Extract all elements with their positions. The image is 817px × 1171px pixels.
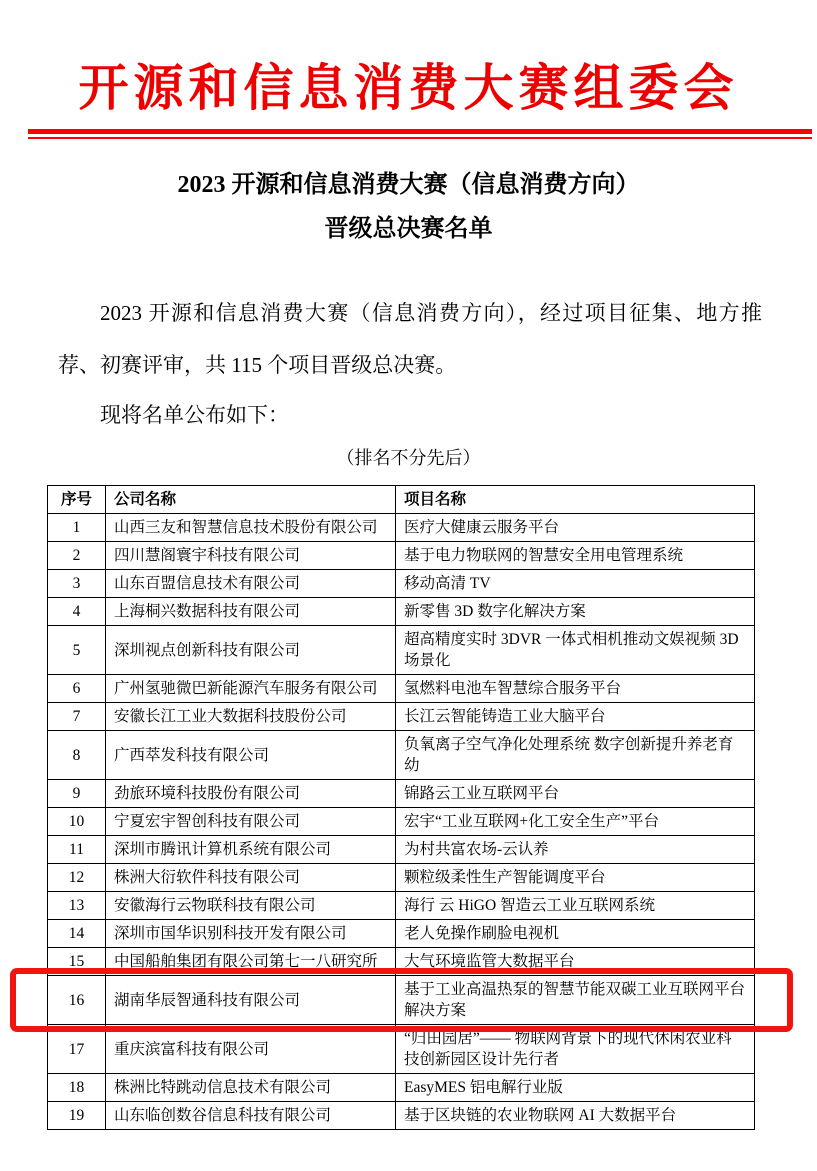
table-row: 16 湖南华辰智通科技有限公司 基于工业高温热泵的智慧节能双碳工业互联网平台解决… <box>48 976 755 1025</box>
row-company: 深圳视点创新科技有限公司 <box>106 626 396 675</box>
row-company: 四川慧阁寰宇科技有限公司 <box>106 542 396 570</box>
row-index: 10 <box>48 808 106 836</box>
table-row: 5 深圳视点创新科技有限公司 超高精度实时 3DVR 一体式相机推动文娱视频 3… <box>48 626 755 675</box>
row-project: 为村共富农场-云认养 <box>396 836 755 864</box>
row-project: 基于区块链的农业物联网 AI 大数据平台 <box>396 1102 755 1130</box>
row-index: 19 <box>48 1102 106 1130</box>
header-row: 序号 公司名称 项目名称 <box>48 486 755 514</box>
row-project: EasyMES 铝电解行业版 <box>396 1074 755 1102</box>
row-index: 8 <box>48 731 106 780</box>
table-row: 3 山东百盟信息技术有限公司 移动高清 TV <box>48 570 755 598</box>
row-index: 12 <box>48 864 106 892</box>
row-index: 4 <box>48 598 106 626</box>
row-index: 6 <box>48 675 106 703</box>
announce-line: 现将名单公布如下： <box>58 391 762 439</box>
ranking-note: （排名不分先后） <box>0 443 817 473</box>
row-project: “归田园居”—— 物联网背景下的现代休闲农业科技创新园区设计先行者 <box>396 1025 755 1074</box>
row-company: 劲旅环境科技股份有限公司 <box>106 780 396 808</box>
table-row: 8 广西萃发科技有限公司 负氧离子空气净化处理系统 数字创新提升养老育幼 <box>48 731 755 780</box>
letterhead-divider-thin-line <box>28 137 812 139</box>
row-company: 安徽海行云物联科技有限公司 <box>106 892 396 920</box>
table-row: 11 深圳市腾讯计算机系统有限公司 为村共富农场-云认养 <box>48 836 755 864</box>
row-project: 新零售 3D 数字化解决方案 <box>396 598 755 626</box>
row-company: 山西三友和智慧信息技术股份有限公司 <box>106 514 396 542</box>
row-project: 基于电力物联网的智慧安全用电管理系统 <box>396 542 755 570</box>
table-row: 12 株洲大衍软件科技有限公司 颗粒级柔性生产智能调度平台 <box>48 864 755 892</box>
row-company: 湖南华辰智通科技有限公司 <box>106 976 396 1025</box>
document-page: 开源和信息消费大赛组委会 2023 开源和信息消费大赛（信息消费方向） 晋级总决… <box>0 0 817 1171</box>
row-project: 锦路云工业互联网平台 <box>396 780 755 808</box>
header-project: 项目名称 <box>396 486 755 514</box>
table-row: 13 安徽海行云物联科技有限公司 海行 云 HiGO 智造云工业互联网系统 <box>48 892 755 920</box>
row-index: 15 <box>48 948 106 976</box>
results-table-body: 1 山西三友和智慧信息技术股份有限公司 医疗大健康云服务平台 2 四川慧阁寰宇科… <box>48 514 755 1130</box>
row-index: 1 <box>48 514 106 542</box>
row-project: 负氧离子空气净化处理系统 数字创新提升养老育幼 <box>396 731 755 780</box>
letterhead-divider <box>28 129 812 139</box>
row-company: 株洲大衍软件科技有限公司 <box>106 864 396 892</box>
table-row: 2 四川慧阁寰宇科技有限公司 基于电力物联网的智慧安全用电管理系统 <box>48 542 755 570</box>
row-project: 颗粒级柔性生产智能调度平台 <box>396 864 755 892</box>
table-row: 17 重庆滨富科技有限公司 “归田园居”—— 物联网背景下的现代休闲农业科技创新… <box>48 1025 755 1074</box>
row-index: 3 <box>48 570 106 598</box>
table-row: 10 宁夏宏宇智创科技有限公司 宏宇“工业互联网+化工安全生产”平台 <box>48 808 755 836</box>
row-company: 宁夏宏宇智创科技有限公司 <box>106 808 396 836</box>
row-company: 中国船舶集团有限公司第七一八研究所 <box>106 948 396 976</box>
table-row: 4 上海桐兴数据科技有限公司 新零售 3D 数字化解决方案 <box>48 598 755 626</box>
row-project: 大气环境监管大数据平台 <box>396 948 755 976</box>
row-index: 11 <box>48 836 106 864</box>
document-title-line1: 2023 开源和信息消费大赛（信息消费方向） <box>0 163 817 207</box>
table-row: 19 山东临创数谷信息科技有限公司 基于区块链的农业物联网 AI 大数据平台 <box>48 1102 755 1130</box>
table-row: 6 广州氢驰微巴新能源汽车服务有限公司 氢燃料电池车智慧综合服务平台 <box>48 675 755 703</box>
row-company: 深圳市国华识别科技开发有限公司 <box>106 920 396 948</box>
table-row: 7 安徽长江工业大数据科技股份公司 长江云智能铸造工业大脑平台 <box>48 703 755 731</box>
row-index: 7 <box>48 703 106 731</box>
row-index: 5 <box>48 626 106 675</box>
document-title: 2023 开源和信息消费大赛（信息消费方向） 晋级总决赛名单 <box>0 163 817 251</box>
row-index: 14 <box>48 920 106 948</box>
row-company: 广西萃发科技有限公司 <box>106 731 396 780</box>
row-project: 长江云智能铸造工业大脑平台 <box>396 703 755 731</box>
table-row: 18 株洲比特跳动信息技术有限公司 EasyMES 铝电解行业版 <box>48 1074 755 1102</box>
table-row: 1 山西三友和智慧信息技术股份有限公司 医疗大健康云服务平台 <box>48 514 755 542</box>
row-project: 超高精度实时 3DVR 一体式相机推动文娱视频 3D 场景化 <box>396 626 755 675</box>
row-company: 安徽长江工业大数据科技股份公司 <box>106 703 396 731</box>
table-row: 14 深圳市国华识别科技开发有限公司 老人免操作刷脸电视机 <box>48 920 755 948</box>
row-company: 广州氢驰微巴新能源汽车服务有限公司 <box>106 675 396 703</box>
intro-paragraph: 2023 开源和信息消费大赛（信息消费方向），经过项目征集、地方推荐、初赛评审，… <box>58 287 762 391</box>
row-company: 山东百盟信息技术有限公司 <box>106 570 396 598</box>
row-company: 山东临创数谷信息科技有限公司 <box>106 1102 396 1130</box>
header-company: 公司名称 <box>106 486 396 514</box>
row-index: 16 <box>48 976 106 1025</box>
letterhead-title: 开源和信息消费大赛组委会 <box>10 56 807 121</box>
row-index: 13 <box>48 892 106 920</box>
row-project: 宏宇“工业互联网+化工安全生产”平台 <box>396 808 755 836</box>
row-index: 18 <box>48 1074 106 1102</box>
row-project: 移动高清 TV <box>396 570 755 598</box>
row-company: 重庆滨富科技有限公司 <box>106 1025 396 1074</box>
results-table-header: 序号 公司名称 项目名称 <box>48 486 755 514</box>
row-project: 海行 云 HiGO 智造云工业互联网系统 <box>396 892 755 920</box>
row-index: 2 <box>48 542 106 570</box>
row-project: 基于工业高温热泵的智慧节能双碳工业互联网平台解决方案 <box>396 976 755 1025</box>
header-index: 序号 <box>48 486 106 514</box>
row-company: 上海桐兴数据科技有限公司 <box>106 598 396 626</box>
row-company: 深圳市腾讯计算机系统有限公司 <box>106 836 396 864</box>
row-project: 医疗大健康云服务平台 <box>396 514 755 542</box>
row-project: 氢燃料电池车智慧综合服务平台 <box>396 675 755 703</box>
row-project: 老人免操作刷脸电视机 <box>396 920 755 948</box>
table-row: 9 劲旅环境科技股份有限公司 锦路云工业互联网平台 <box>48 780 755 808</box>
table-row: 15 中国船舶集团有限公司第七一八研究所 大气环境监管大数据平台 <box>48 948 755 976</box>
row-index: 17 <box>48 1025 106 1074</box>
document-title-line2: 晋级总决赛名单 <box>0 207 817 251</box>
results-table: 序号 公司名称 项目名称 1 山西三友和智慧信息技术股份有限公司 医疗大健康云服… <box>47 485 755 1130</box>
row-index: 9 <box>48 780 106 808</box>
letterhead-divider-thick-line <box>28 129 812 134</box>
row-company: 株洲比特跳动信息技术有限公司 <box>106 1074 396 1102</box>
